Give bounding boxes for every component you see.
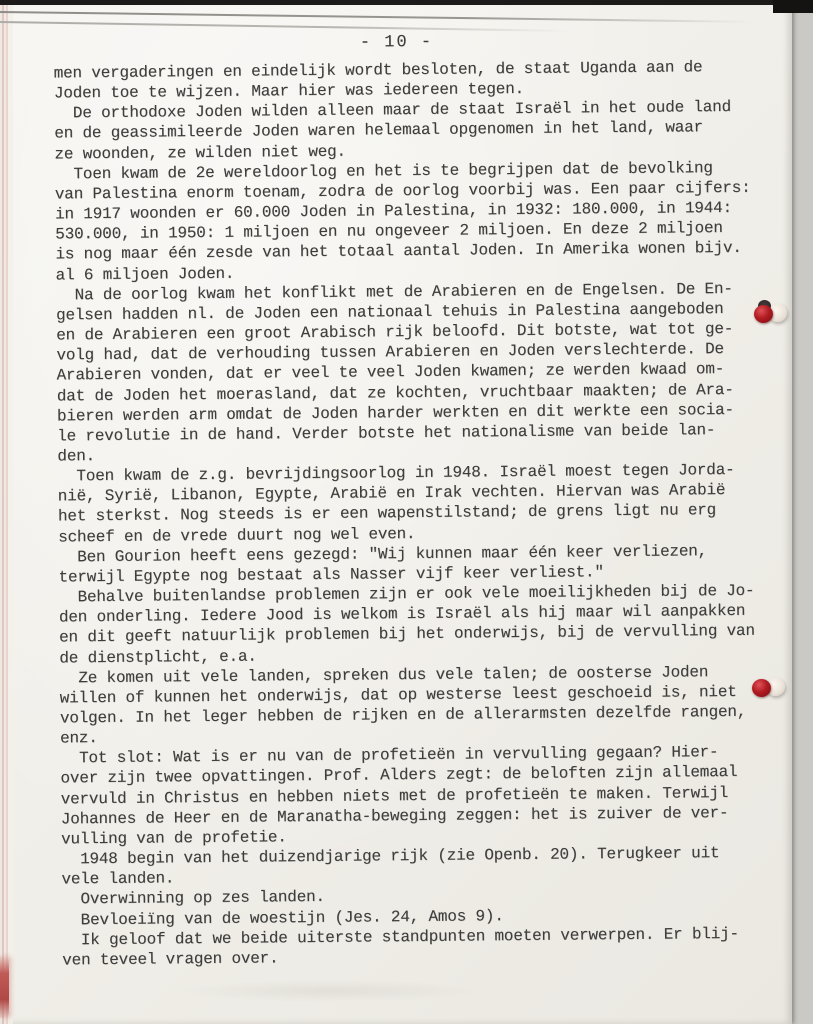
page-number: - 10 - bbox=[0, 29, 792, 56]
red-cover-edge bbox=[0, 956, 9, 1018]
red-pin-fastener bbox=[751, 300, 791, 332]
typewritten-content: - 10 - men vergaderingen en eindelijk wo… bbox=[0, 0, 802, 1024]
pin-head bbox=[754, 305, 773, 323]
scanned-document-page: - 10 - men vergaderingen en eindelijk wo… bbox=[0, 0, 813, 1024]
page-body: men vergaderingen en eindelijk wordt bes… bbox=[54, 56, 803, 970]
photocopy-smudge bbox=[170, 980, 490, 1002]
red-pin-fastener bbox=[749, 674, 789, 706]
pin-head bbox=[752, 679, 771, 697]
